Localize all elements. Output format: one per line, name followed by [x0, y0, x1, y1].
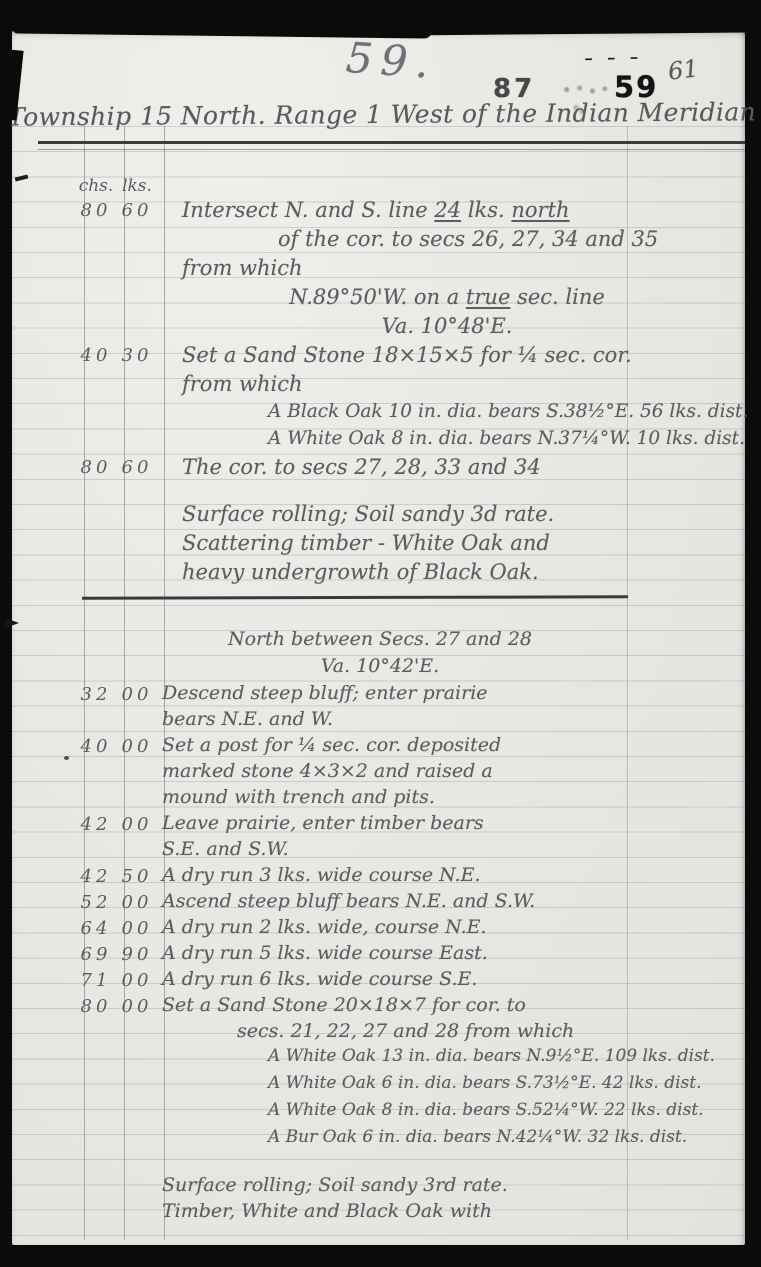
- entry-line: A dry run 3 lks. wide course N.E.: [12, 864, 745, 890]
- entry-line: Set a Sand Stone 18×15×5 for ¼ sec. cor.: [12, 343, 745, 372]
- table-row: North between Secs. 27 and 28Va. 10°42'E…: [12, 628, 745, 682]
- text-segment: Intersect N. and S. line: [182, 198, 434, 222]
- margin-arrow-mark: [5, 618, 19, 628]
- text-segment: Set a post for ¼ sec. cor. deposited: [162, 734, 501, 756]
- text-segment: Timber, White and Black Oak with: [162, 1200, 492, 1222]
- handwritten-page-number: 59.: [344, 33, 438, 88]
- table-row: Surface rolling; Soil sandy 3rd rate.Tim…: [12, 1174, 745, 1226]
- entry-line: of the cor. to secs 26, 27, 34 and 35: [12, 227, 745, 256]
- text-segment: A White Oak 8 in. dia. bears N.37¼°W. 10…: [268, 428, 745, 449]
- entry-line: heavy undergrowth of Black Oak.: [12, 560, 745, 589]
- text-segment: from which: [182, 256, 303, 280]
- table-row: 6400A dry run 2 lks. wide, course N.E.: [12, 916, 745, 942]
- entry-line: Va. 10°42'E.: [140, 655, 620, 682]
- entry-line: Surface rolling; Soil sandy 3d rate.: [12, 502, 745, 531]
- table-row: 4000Set a post for ¼ sec. cor. deposited…: [12, 734, 745, 812]
- text-segment: S.E. and S.W.: [162, 838, 289, 860]
- torn-edge: [392, 19, 752, 35]
- entry-line: A dry run 6 lks. wide course S.E.: [12, 968, 745, 994]
- text-segment: Va. 10°42'E.: [321, 655, 439, 677]
- table-row: 4030Set a Sand Stone 18×15×5 for ¼ sec. …: [12, 343, 745, 455]
- text-segment: Ascend steep bluff bears N.E. and S.W.: [162, 890, 535, 912]
- text-segment: Scattering timber - White Oak and: [182, 531, 550, 555]
- entry-line: S.E. and S.W.: [12, 838, 745, 864]
- table-row: 8060The cor. to secs 27, 28, 33 and 34: [12, 455, 745, 484]
- entry-line: A Black Oak 10 in. dia. bears S.38½°E. 5…: [12, 401, 745, 428]
- entry-line: marked stone 4×3×2 and raised a: [12, 760, 745, 786]
- entry-line: Scattering timber - White Oak and: [12, 531, 745, 560]
- handwritten-folio-number: 61: [666, 54, 700, 86]
- text-segment: Set a Sand Stone 18×15×5 for ¼ sec. cor.: [182, 343, 632, 367]
- entry-line: The cor. to secs 27, 28, 33 and 34: [12, 455, 745, 484]
- entry-line: Ascend steep bluff bears N.E. and S.W.: [12, 890, 745, 916]
- table-row: 3200Descend steep bluff; enter prairiebe…: [12, 682, 745, 734]
- entry-line: Descend steep bluff; enter prairie: [12, 682, 745, 708]
- entry-line: Set a Sand Stone 20×18×7 for cor. to: [12, 994, 745, 1020]
- text-segment: secs. 21, 22, 27 and 28 from which: [237, 1020, 574, 1042]
- text-segment: Set a Sand Stone 20×18×7 for cor. to: [162, 994, 526, 1016]
- text-segment: of the cor. to secs 26, 27, 34 and 35: [278, 227, 658, 251]
- entry-line: Leave prairie, enter timber bears: [12, 812, 745, 838]
- entry-line: A dry run 5 lks. wide course East.: [12, 942, 745, 968]
- table-row: 5200Ascend steep bluff bears N.E. and S.…: [12, 890, 745, 916]
- entry-line: A White Oak 6 in. dia. bears S.73½°E. 42…: [12, 1073, 745, 1100]
- text-segment: North between Secs. 27 and 28: [228, 628, 532, 650]
- table-row: Surface rolling; Soil sandy 3d rate.Scat…: [12, 502, 745, 589]
- page-title: Township 15 North. Range 1 West of the I…: [8, 97, 738, 131]
- text-segment: A Bur Oak 6 in. dia. bears N.42¼°W. 32 l…: [268, 1127, 687, 1147]
- text-segment: bears N.E. and W.: [162, 708, 333, 730]
- margin-dot-mark: [64, 756, 69, 760]
- text-segment: A White Oak 13 in. dia. bears N.9½°E. 10…: [268, 1046, 715, 1066]
- text-segment: A Black Oak 10 in. dia. bears S.38½°E. 5…: [268, 401, 748, 422]
- text-segment: from which: [182, 372, 303, 396]
- text-segment: Va. 10°48'E.: [382, 314, 513, 338]
- entry-line: A White Oak 13 in. dia. bears N.9½°E. 10…: [12, 1046, 745, 1073]
- text-segment: true: [466, 285, 510, 309]
- torn-edge: [12, 19, 432, 38]
- entry-line: from which: [12, 256, 745, 285]
- text-segment: The cor. to secs 27, 28, 33 and 34: [182, 455, 541, 479]
- entry-line: Set a post for ¼ sec. cor. deposited: [12, 734, 745, 760]
- survey-section: 8060Intersect N. and S. line 24 lks. nor…: [12, 198, 745, 589]
- entry-line: A White Oak 8 in. dia. bears N.37¼°W. 10…: [12, 428, 745, 455]
- entry-line: A dry run 2 lks. wide, course N.E.: [12, 916, 745, 942]
- text-segment: A dry run 5 lks. wide course East.: [162, 942, 488, 964]
- column-header-links: lks.: [112, 176, 162, 196]
- text-segment: N.89°50'W. on a: [289, 285, 466, 309]
- table-row: 8060Intersect N. and S. line 24 lks. nor…: [12, 198, 745, 343]
- text-segment: A dry run 6 lks. wide course S.E.: [162, 968, 477, 990]
- text-segment: sec. line: [510, 285, 604, 309]
- table-top-rule: [38, 141, 745, 150]
- table-row: 4200Leave prairie, enter timber bearsS.E…: [12, 812, 745, 864]
- text-segment: Leave prairie, enter timber bears: [162, 812, 484, 834]
- entry-line: bears N.E. and W.: [12, 708, 745, 734]
- entry-line: A Bur Oak 6 in. dia. bears N.42¼°W. 32 l…: [12, 1127, 745, 1154]
- text-segment: A dry run 2 lks. wide, course N.E.: [162, 916, 487, 938]
- smudged-stamp: [560, 82, 616, 97]
- text-segment: Surface rolling; Soil sandy 3rd rate.: [162, 1174, 508, 1196]
- table-row: 6990A dry run 5 lks. wide course East.: [12, 942, 745, 968]
- entry-line: Timber, White and Black Oak with: [12, 1200, 745, 1226]
- text-segment: Surface rolling; Soil sandy 3d rate.: [182, 502, 554, 526]
- entry-line: Va. 10°48'E.: [197, 314, 697, 343]
- scanned-survey-page: 59. 87 - - - 59 61 Township 15 North. Ra…: [0, 0, 761, 1267]
- text-segment: A White Oak 6 in. dia. bears S.73½°E. 42…: [268, 1073, 701, 1093]
- text-segment: 24: [434, 198, 461, 222]
- table-row: 7100A dry run 6 lks. wide course S.E.: [12, 968, 745, 994]
- entry-line: Surface rolling; Soil sandy 3rd rate.: [12, 1174, 745, 1200]
- text-segment: marked stone 4×3×2 and raised a: [162, 760, 493, 782]
- text-segment: Descend steep bluff; enter prairie: [162, 682, 488, 704]
- entry-line: Intersect N. and S. line 24 lks. north: [12, 198, 745, 227]
- text-segment: A dry run 3 lks. wide course N.E.: [162, 864, 481, 886]
- table-row: 8000Set a Sand Stone 20×18×7 for cor. to…: [12, 994, 745, 1154]
- entry-line: mound with trench and pits.: [12, 786, 745, 812]
- text-segment: lks.: [461, 198, 511, 222]
- entry-line: North between Secs. 27 and 28: [140, 628, 620, 655]
- entry-line: N.89°50'W. on a true sec. line: [197, 285, 697, 314]
- entry-line: secs. 21, 22, 27 and 28 from which: [12, 1020, 745, 1046]
- table-row: 4250A dry run 3 lks. wide course N.E.: [12, 864, 745, 890]
- text-segment: heavy undergrowth of Black Oak.: [182, 560, 539, 584]
- text-segment: A White Oak 8 in. dia. bears S.52¼°W. 22…: [268, 1100, 704, 1120]
- text-segment: north: [511, 198, 569, 222]
- entry-line: A White Oak 8 in. dia. bears S.52¼°W. 22…: [12, 1100, 745, 1127]
- survey-section: North between Secs. 27 and 28Va. 10°42'E…: [12, 628, 745, 1226]
- text-segment: mound with trench and pits.: [162, 786, 435, 808]
- dashes-stamp-mark: - - -: [583, 51, 642, 66]
- entry-line: from which: [12, 372, 745, 401]
- ledger-paper: 59. 87 - - - 59 61 Township 15 North. Ra…: [12, 30, 745, 1245]
